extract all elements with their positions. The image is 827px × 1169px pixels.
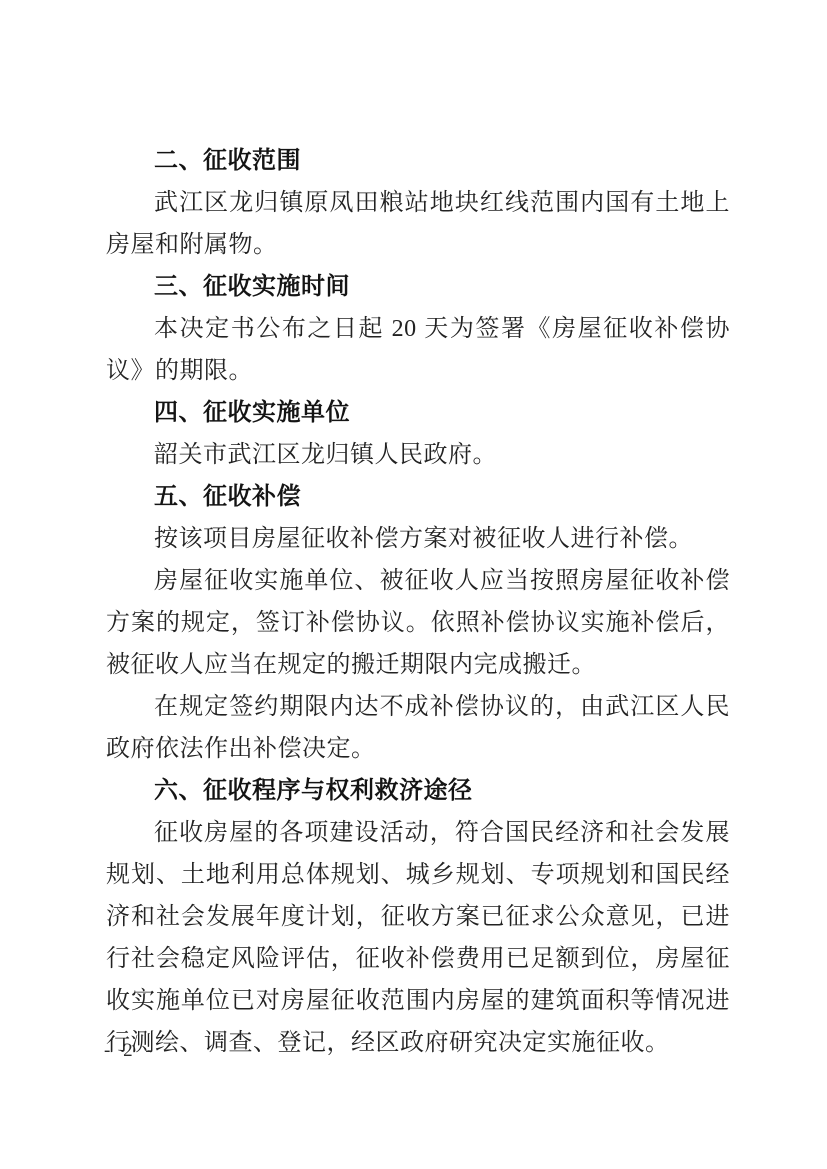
section-heading-compensation: 五、征收补偿 <box>106 476 730 518</box>
paragraph: 在规定签约期限内达不成补偿协议的，由武江区人民政府依法作出补偿决定。 <box>106 686 730 770</box>
section-heading-implementation-time: 三、征收实施时间 <box>106 266 730 308</box>
section-heading-implementation-unit: 四、征收实施单位 <box>106 392 730 434</box>
document-page: 二、征收范围 武江区龙归镇原凤田粮站地块红线范围内国有土地上房屋和附属物。 三、… <box>0 0 827 1169</box>
section-heading-scope: 二、征收范围 <box>106 140 730 182</box>
paragraph: 武江区龙归镇原凤田粮站地块红线范围内国有土地上房屋和附属物。 <box>106 182 730 266</box>
page-number: - 2 - <box>104 1040 156 1062</box>
paragraph: 本决定书公布之日起 20 天为签署《房屋征收补偿协议》的期限。 <box>106 308 730 392</box>
paragraph: 按该项目房屋征收补偿方案对被征收人进行补偿。 <box>106 518 730 560</box>
paragraph: 韶关市武江区龙归镇人民政府。 <box>106 434 730 476</box>
document-body: 二、征收范围 武江区龙归镇原凤田粮站地块红线范围内国有土地上房屋和附属物。 三、… <box>106 140 730 1064</box>
paragraph: 房屋征收实施单位、被征收人应当按照房屋征收补偿方案的规定，签订补偿协议。依照补偿… <box>106 560 730 686</box>
section-heading-procedure-remedies: 六、征收程序与权利救济途径 <box>106 770 730 812</box>
paragraph: 征收房屋的各项建设活动，符合国民经济和社会发展规划、土地利用总体规划、城乡规划、… <box>106 812 730 1064</box>
